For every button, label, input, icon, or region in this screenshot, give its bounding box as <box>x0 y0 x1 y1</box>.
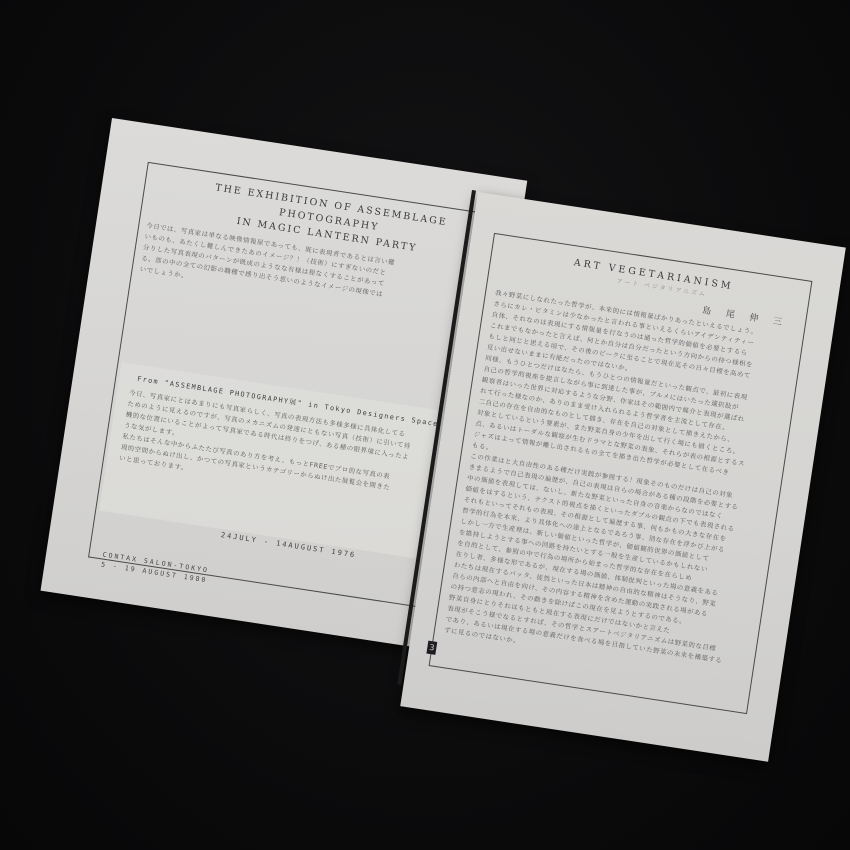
from-section-paragraph: 今日、写真家にとはあまりにも写真家らしく、写真の表現方法も多様多様に具体化してる… <box>118 388 436 510</box>
photo-background: THE EXHIBITION OF ASSEMBLAGE PHOTOGRAPHY… <box>0 0 850 850</box>
page-number-right: 3 <box>426 641 437 655</box>
essay-body: 我々野菜にしなれたった哲学が、本来的には情報量ばかりあったといえるでしょう。さら… <box>443 288 792 681</box>
right-page: ART VEGETARIANISM アート ベジタリアニズム 島 尾 伸 三 我… <box>400 192 846 762</box>
